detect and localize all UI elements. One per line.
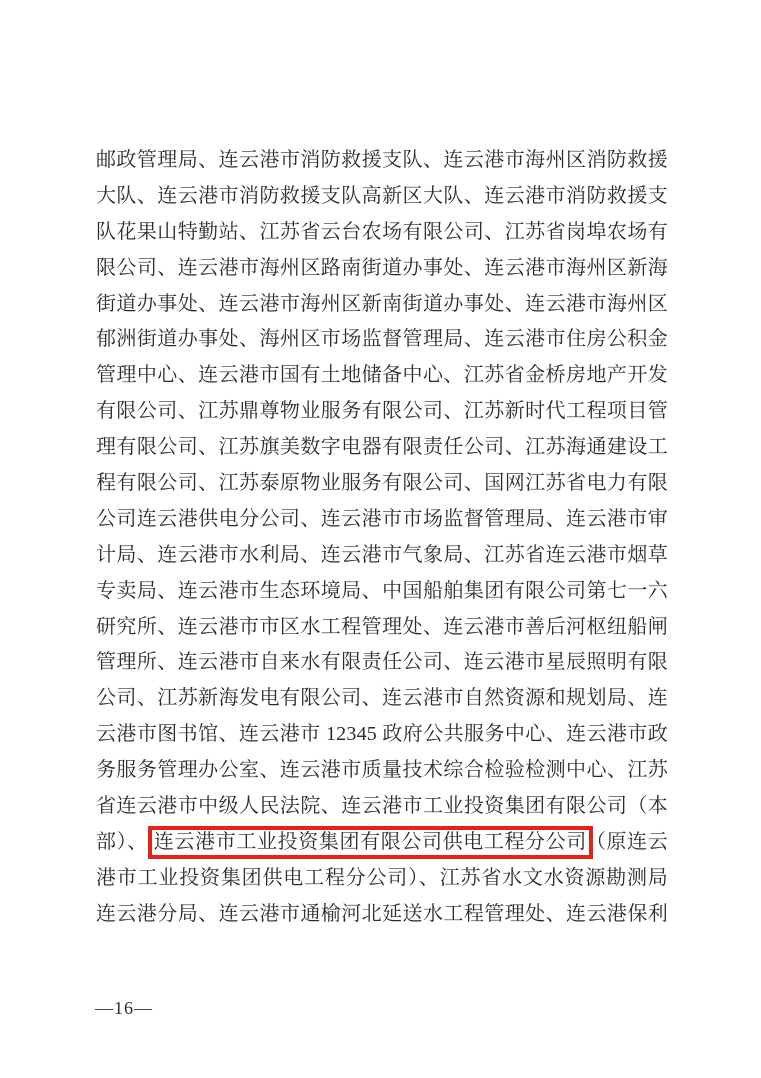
body-text: 邮政管理局、连云港市消防救援支队、连云港市海州区消防救援大队、连云港市消防救援支… <box>96 143 668 933</box>
text-line: 管理所、连云港市自来水有限责任公司、连云港市星辰照明有限 <box>96 645 668 681</box>
text-line: 云港市图书馆、连云港市 12345 政府公共服务中心、连云港市政 <box>96 717 668 753</box>
text-segment: （原连云 <box>586 831 668 853</box>
text-line: 限公司、连云港市海州区路南街道办事处、连云港市海州区新海 <box>96 251 668 287</box>
text-line: 研究所、连云港市市区水工程管理处、连云港市善后河枢纽船闸 <box>96 610 668 646</box>
text-line: 郁洲街道办事处、海州区市场监督管理局、连云港市住房公积金 <box>96 322 668 358</box>
text-line: 理有限公司、江苏旗美数字电器有限责任公司、江苏海通建设工 <box>96 430 668 466</box>
text-line: 公司连云港供电分公司、连云港市市场监督管理局、连云港市审 <box>96 502 668 538</box>
text-line: 务服务管理办公室、连云港市质量技术综合检验检测中心、江苏 <box>96 753 668 789</box>
highlight-box: 连云港市工业投资集团有限公司供电工程分公司 <box>148 826 593 859</box>
text-line: 管理中心、连云港市国有土地储备中心、江苏省金桥房地产开发 <box>96 358 668 394</box>
page-number: —16— <box>95 998 153 1019</box>
text-line: 部）、连云港市工业投资集团有限公司供电工程分公司（原连云 <box>96 825 668 861</box>
document-page: 邮政管理局、连云港市消防救援支队、连云港市海州区消防救援大队、连云港市消防救援支… <box>0 0 761 1078</box>
text-line: 程有限公司、江苏泰原物业服务有限公司、国网江苏省电力有限 <box>96 466 668 502</box>
text-line: 大队、连云港市消防救援支队高新区大队、连云港市消防救援支 <box>96 179 668 215</box>
text-line: 省连云港市中级人民法院、连云港市工业投资集团有限公司（本 <box>96 789 668 825</box>
text-segment: 部）、 <box>96 831 148 853</box>
text-line: 队花果山特勤站、江苏省云台农场有限公司、江苏省岗埠农场有 <box>96 215 668 251</box>
text-line: 连云港分局、连云港市通榆河北延送水工程管理处、连云港保利 <box>96 897 668 933</box>
text-line: 邮政管理局、连云港市消防救援支队、连云港市海州区消防救援 <box>96 143 668 179</box>
text-line: 公司、江苏新海发电有限公司、连云港市自然资源和规划局、连 <box>96 681 668 717</box>
text-line: 计局、连云港市水利局、连云港市气象局、江苏省连云港市烟草 <box>96 538 668 574</box>
text-line: 街道办事处、连云港市海州区新南街道办事处、连云港市海州区 <box>96 287 668 323</box>
text-line: 专卖局、连云港市生态环境局、中国船舶集团有限公司第七一六 <box>96 574 668 610</box>
text-line: 有限公司、江苏鼎尊物业服务有限公司、江苏新时代工程项目管 <box>96 394 668 430</box>
text-line: 港市工业投资集团供电工程分公司）、江苏省水文水资源勘测局 <box>96 861 668 897</box>
